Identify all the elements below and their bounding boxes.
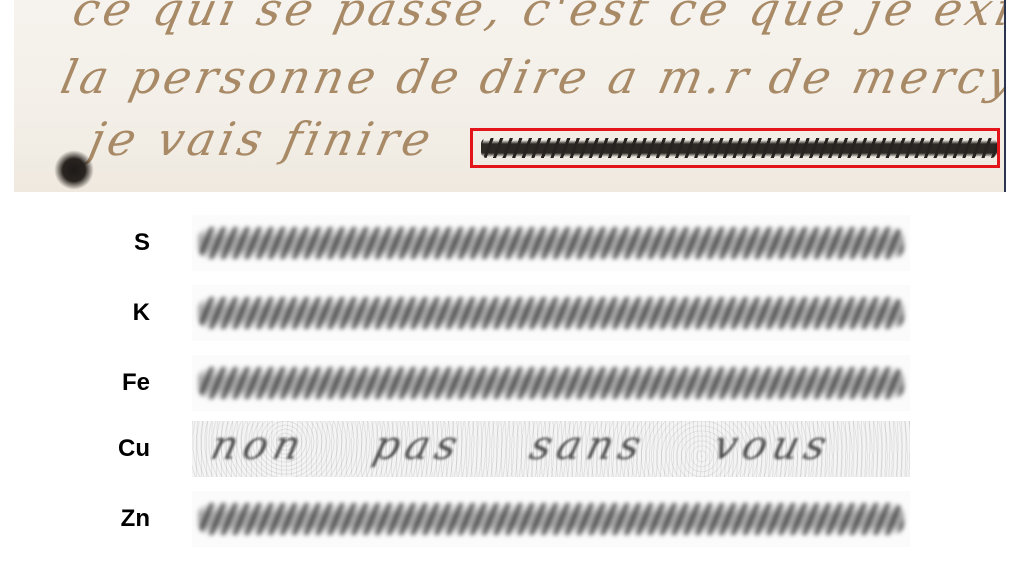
redacted-region-highlight bbox=[470, 128, 1000, 168]
map-row-cu: Cu non pas sans vous bbox=[0, 416, 1024, 482]
blurred-ink bbox=[198, 297, 904, 329]
element-label-s: S bbox=[0, 229, 160, 257]
manuscript-line-3: je vais finire bbox=[84, 112, 439, 166]
element-label-fe: Fe bbox=[0, 369, 160, 397]
element-label-k: K bbox=[0, 299, 160, 327]
element-maps-panel: S K Fe Cu non pas sans vous Zn bbox=[0, 196, 1024, 576]
element-label-zn: Zn bbox=[0, 505, 160, 533]
redacted-ink bbox=[481, 138, 997, 158]
manuscript-image: ce qui se passe, c'est ce que je exige l… bbox=[14, 0, 1006, 192]
map-row-zn: Zn bbox=[0, 486, 1024, 552]
element-map-fe bbox=[192, 355, 910, 411]
element-map-zn bbox=[192, 491, 910, 547]
manuscript-line-1: ce qui se passe, c'est ce que je exige bbox=[68, 0, 1006, 36]
map-row-fe: Fe bbox=[0, 350, 1024, 416]
element-map-cu: non pas sans vous bbox=[192, 421, 910, 477]
element-map-k bbox=[192, 285, 910, 341]
manuscript-line-2: la personne de dire a m.r de mercy bbox=[56, 50, 1006, 104]
blurred-ink bbox=[198, 503, 904, 535]
element-label-cu: Cu bbox=[0, 435, 160, 463]
blurred-ink bbox=[198, 227, 904, 259]
element-map-s bbox=[192, 215, 910, 271]
map-row-k: K bbox=[0, 280, 1024, 346]
blurred-ink bbox=[198, 367, 904, 399]
revealed-hidden-text: non pas sans vous bbox=[206, 423, 837, 469]
map-row-s: S bbox=[0, 210, 1024, 276]
